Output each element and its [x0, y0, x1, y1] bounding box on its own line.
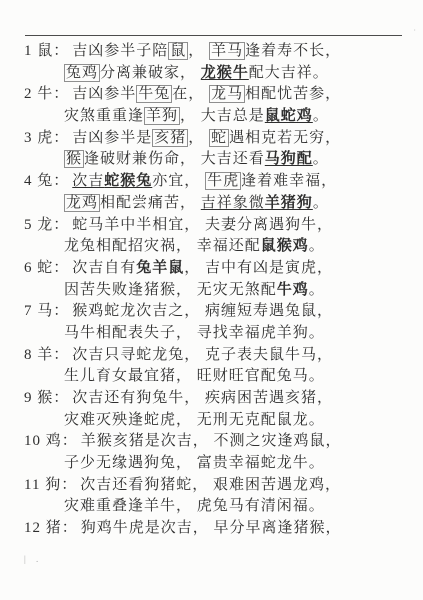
boxed-term: 蛇 [209, 129, 229, 147]
plain-text: 。 [313, 151, 329, 167]
zodiac-poem-list: 1 鼠：吉凶参半子陪鼠， 羊马逢着寿不长，兔鸡分离兼破家， 龙猴牛配大吉祥。2 … [24, 41, 414, 540]
entry-label: 7 马： [24, 303, 69, 319]
bold-term: 牛鸡 [277, 282, 309, 298]
bold-underlined-term: 龙猴牛 [201, 65, 249, 81]
poem-line: 4 兔：次吉蛇猴兔亦宜， 牛虎逢着难幸福， [24, 171, 414, 193]
bold-underlined-term: 羊猪狗 [265, 195, 313, 211]
plain-text: 狗鸡牛虎是次吉， 早分早离逢猪猴， [81, 520, 342, 536]
plain-text: 。 [309, 238, 325, 254]
entry-label: 8 羊： [24, 347, 69, 363]
poem-line: 2 牛：吉凶参半牛兔在， 龙马相配忧苦参， [24, 84, 414, 106]
boxed-term: 兔鸡 [64, 64, 100, 82]
plain-text: ， [188, 130, 209, 146]
plain-text: 灾难重叠逢羊牛， 虎兔马有清闲福。 [64, 498, 325, 514]
plain-text: 相配忧苦参， [245, 86, 341, 102]
poem-line: 龙兔相配招灾祸， 幸福还配鼠猴鸡。 [24, 236, 414, 258]
poem-entry-鸡: 10 鸡：羊猴亥猪是次吉， 不测之灾逢鸡鼠，子少无缘遇狗兔， 富贵幸福蛇龙牛。 [24, 431, 414, 474]
plain-text: 吉凶参半子陪 [72, 43, 168, 59]
poem-entry-蛇: 6 蛇：次吉自有兔羊鼠， 吉中有凶是寅虎，因苦失败逢猪猴， 无灾无煞配牛鸡。 [24, 258, 414, 301]
poem-line: 因苦失败逢猪猴， 无灾无煞配牛鸡。 [24, 280, 414, 302]
scan-artifact-top-right: · [413, 26, 416, 35]
bold-underlined-term: 蛇猴兔 [104, 173, 152, 189]
poem-line: 1 鼠：吉凶参半子陪鼠， 羊马逢着寿不长， [24, 41, 414, 63]
plain-text: 。 [309, 282, 325, 298]
bold-term: 鼠猴鸡 [261, 238, 309, 254]
poem-entry-虎: 3 虎：吉凶参半是亥猪， 蛇遇相克若无穷，猴逢破财兼伤命， 大吉还看马狗配。 [24, 128, 414, 171]
boxed-term: 羊狗 [144, 107, 180, 125]
poem-line: 灾煞重重逢羊狗， 大吉总是鼠蛇鸡。 [24, 106, 414, 128]
boxed-term: 牛兔 [136, 85, 172, 103]
plain-text: 子少无缘遇狗兔， 富贵幸福蛇龙牛。 [64, 455, 325, 471]
poem-line: 9 猴：次吉还有狗兔牛， 疾病困苦遇亥猪， [24, 388, 414, 410]
poem-entry-狗: 11 狗：次吉还看狗猪蛇， 艰难困苦遇龙鸡，灾难重叠逢羊牛， 虎兔马有清闲福。 [24, 475, 414, 518]
boxed-term: 猴 [64, 150, 84, 168]
plain-text: 羊猴亥猪是次吉， 不测之灾逢鸡鼠， [81, 433, 342, 449]
entry-label: 2 牛： [24, 86, 69, 102]
plain-text: ， [188, 43, 209, 59]
boxed-term: 亥猪 [152, 129, 188, 147]
entry-label: 11 狗： [24, 477, 77, 493]
poem-entry-马: 7 马：猴鸡蛇龙次吉之， 病缠短寿遇兔鼠，马牛相配表失子， 寻找幸福虎羊狗。 [24, 301, 414, 344]
plain-text: 灾煞重重逢 [64, 108, 144, 124]
poem-line: 龙鸡相配尝痛苦， 吉祥象微羊猪狗。 [24, 193, 414, 215]
poem-entry-龙: 5 龙：蛇马羊中半相宜， 夫妻分离遇狗牛，龙兔相配招灾祸， 幸福还配鼠猴鸡。 [24, 215, 414, 258]
plain-text: ， 吉中有凶是寅虎， [184, 260, 333, 276]
poem-line: 6 蛇：次吉自有兔羊鼠， 吉中有凶是寅虎， [24, 258, 414, 280]
plain-text: 次吉自有 [72, 260, 136, 276]
entry-label: 3 虎： [24, 130, 69, 146]
plain-text: 逢着寿不长， [245, 43, 341, 59]
plain-text: ， 大吉总是 [180, 108, 265, 124]
underlined-text: 次吉 [72, 173, 104, 189]
entry-label: 6 蛇： [24, 260, 69, 276]
plain-text: 生儿育女最宜猪， 旺财旺官配兔马。 [64, 368, 325, 384]
plain-text: 配大吉祥。 [249, 65, 329, 81]
poem-line: 兔鸡分离兼破家， 龙猴牛配大吉祥。 [24, 63, 414, 85]
poem-line: 5 龙：蛇马羊中半相宜， 夫妻分离遇狗牛， [24, 215, 414, 237]
plain-text: 次吉只寻蛇龙兔， 克子表夫鼠牛马， [72, 347, 333, 363]
plain-text: 。 [313, 108, 329, 124]
poem-line: 灾难重叠逢羊牛， 虎兔马有清闲福。 [24, 496, 414, 518]
poem-line: 马牛相配表失子， 寻找幸福虎羊狗。 [24, 323, 414, 345]
underlined-text: 吉祥象微 [201, 195, 265, 211]
top-horizontal-rule [25, 35, 402, 36]
entry-label: 5 龙： [24, 217, 69, 233]
boxed-term: 龙马 [209, 85, 245, 103]
poem-line: 灾难灭殃逢蛇虎， 无刑无克配鼠龙。 [24, 410, 414, 432]
boxed-term: 羊马 [209, 42, 245, 60]
poem-line: 7 马：猴鸡蛇龙次吉之， 病缠短寿遇兔鼠， [24, 301, 414, 323]
bold-term: 兔羊鼠 [136, 260, 184, 276]
entry-label: 9 猴： [24, 390, 69, 406]
plain-text: 因苦失败逢猪猴， 无灾无煞配 [64, 282, 277, 298]
poem-entry-牛: 2 牛：吉凶参半牛兔在， 龙马相配忧苦参，灾煞重重逢羊狗， 大吉总是鼠蛇鸡。 [24, 84, 414, 127]
scan-artifact-bottom-left: | . [24, 554, 42, 564]
entry-label: 10 鸡： [24, 433, 78, 449]
poem-line: 3 虎：吉凶参半是亥猪， 蛇遇相克若无穷， [24, 128, 414, 150]
plain-text: 吉凶参半是 [72, 130, 152, 146]
entry-label: 1 鼠： [24, 43, 69, 59]
plain-text: 次吉还看狗猪蛇， 艰难困苦遇龙鸡， [80, 477, 341, 493]
boxed-term: 龙鸡 [64, 194, 100, 212]
plain-text: 龙兔相配招灾祸， 幸福还配 [64, 238, 261, 254]
poem-entry-猪: 12 猪：狗鸡牛虎是次吉， 早分早离逢猪猴， [24, 518, 414, 540]
poem-line: 8 羊：次吉只寻蛇龙兔， 克子表夫鼠牛马， [24, 345, 414, 367]
poem-entry-鼠: 1 鼠：吉凶参半子陪鼠， 羊马逢着寿不长，兔鸡分离兼破家， 龙猴牛配大吉祥。 [24, 41, 414, 84]
bold-underlined-term: 鼠蛇鸡 [265, 108, 313, 124]
poem-line: 12 猪：狗鸡牛虎是次吉， 早分早离逢猪猴， [24, 518, 414, 540]
boxed-term: 牛虎 [205, 172, 241, 190]
poem-line: 11 狗：次吉还看狗猪蛇， 艰难困苦遇龙鸡， [24, 475, 414, 497]
entry-label: 4 兔： [24, 173, 69, 189]
plain-text: 分离兼破家， [100, 65, 201, 81]
plain-text: 亦宜， [152, 173, 205, 189]
plain-text: 猴鸡蛇龙次吉之， 病缠短寿遇兔鼠， [72, 303, 333, 319]
plain-text: 遇相克若无穷， [229, 130, 341, 146]
plain-text: 逢着难幸福， [241, 173, 337, 189]
plain-text: 在， [172, 86, 209, 102]
poem-line: 10 鸡：羊猴亥猪是次吉， 不测之灾逢鸡鼠， [24, 431, 414, 453]
poem-line: 生儿育女最宜猪， 旺财旺官配兔马。 [24, 366, 414, 388]
poem-entry-羊: 8 羊：次吉只寻蛇龙兔， 克子表夫鼠牛马，生儿育女最宜猪， 旺财旺官配兔马。 [24, 345, 414, 388]
boxed-term: 鼠 [168, 42, 188, 60]
plain-text: 吉凶参半 [72, 86, 136, 102]
bold-underlined-term: 马狗配 [265, 151, 313, 167]
plain-text: 马牛相配表失子， 寻找幸福虎羊狗。 [64, 325, 325, 341]
plain-text: 相配尝痛苦， [100, 195, 201, 211]
plain-text: 逢破财兼伤命， 大吉还看 [84, 151, 265, 167]
plain-text: 。 [313, 195, 329, 211]
poem-entry-猴: 9 猴：次吉还有狗兔牛， 疾病困苦遇亥猪，灾难灭殃逢蛇虎， 无刑无克配鼠龙。 [24, 388, 414, 431]
document-page: · 1 鼠：吉凶参半子陪鼠， 羊马逢着寿不长，兔鸡分离兼破家， 龙猴牛配大吉祥。… [0, 0, 423, 600]
plain-text: 灾难灭殃逢蛇虎， 无刑无克配鼠龙。 [64, 412, 325, 428]
entry-label: 12 猪： [24, 520, 78, 536]
poem-line: 子少无缘遇狗兔， 富贵幸福蛇龙牛。 [24, 453, 414, 475]
poem-entry-兔: 4 兔：次吉蛇猴兔亦宜， 牛虎逢着难幸福，龙鸡相配尝痛苦， 吉祥象微羊猪狗。 [24, 171, 414, 214]
poem-line: 猴逢破财兼伤命， 大吉还看马狗配。 [24, 149, 414, 171]
plain-text: 次吉还有狗兔牛， 疾病困苦遇亥猪， [72, 390, 333, 406]
plain-text: 蛇马羊中半相宜， 夫妻分离遇狗牛， [72, 217, 333, 233]
